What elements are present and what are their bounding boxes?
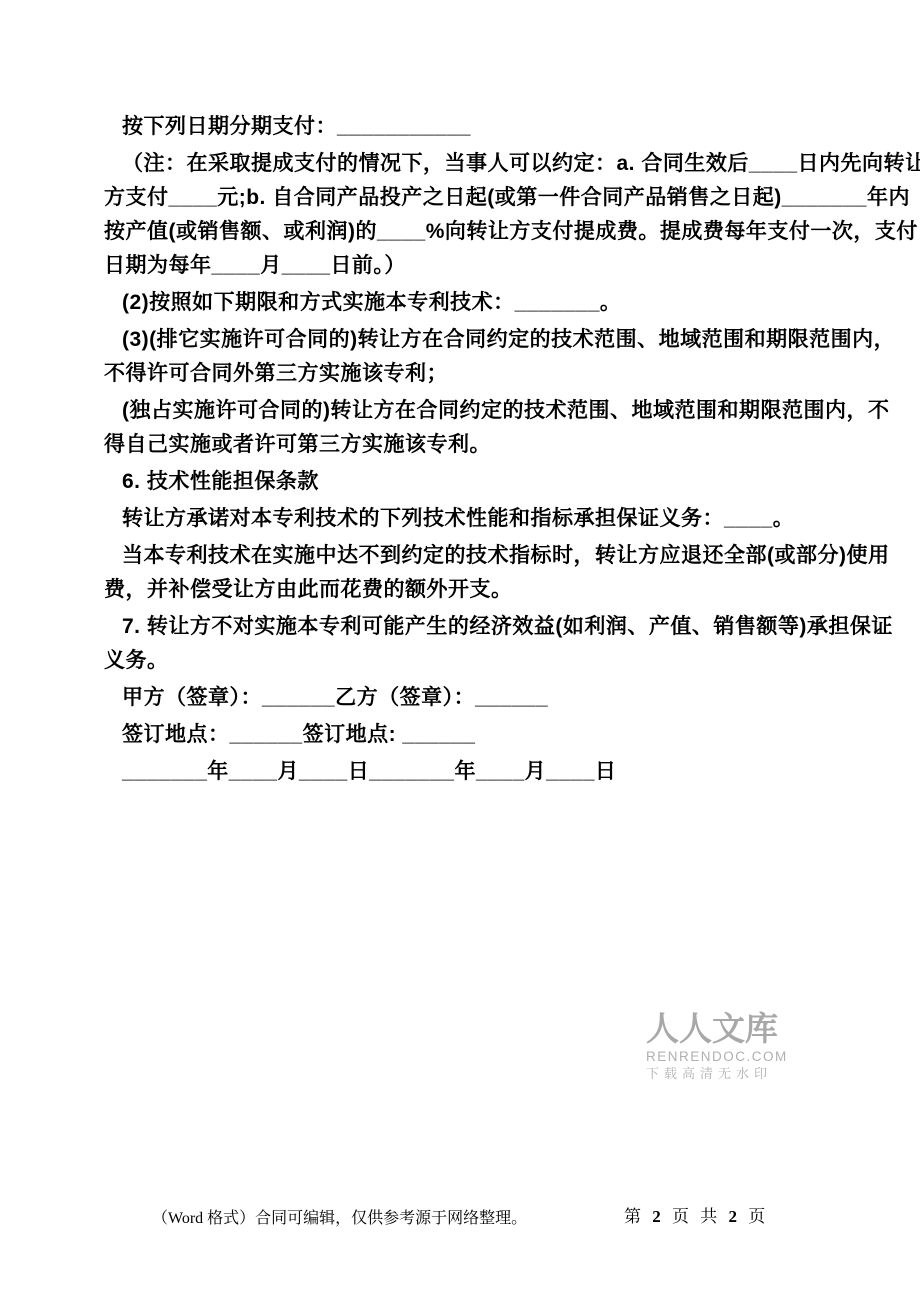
page-indicator-total: 2 <box>729 1207 738 1226</box>
contract-line: （注：在采取提成支付的情况下，当事人可以约定：a. 合同生效后____日内先向转… <box>104 147 844 181</box>
paragraph-royalty-note: （注：在采取提成支付的情况下，当事人可以约定：a. 合同生效后____日内先向转… <box>104 147 844 283</box>
page-indicator-total-word: 共 <box>700 1207 717 1226</box>
paragraph-clause-7: 7. 转让方不对实施本专利可能产生的经济效益(如利润、产值、销售额等)承担保证 … <box>104 610 844 678</box>
contract-line: 日期为每年____月____日前。） <box>104 249 844 283</box>
document-page: 按下列日期分期支付：___________ （注：在采取提成支付的情况下，当事人… <box>0 0 920 1302</box>
footer-page-indicator: 第 2 页 共 2 页 <box>624 1202 765 1227</box>
paragraph-signing-place: 签订地点：______签订地点: ______ <box>104 718 844 752</box>
contract-line: (独占实施许可合同的)转让方在合同约定的技术范围、地域范围和期限范围内，不 <box>104 394 844 428</box>
contract-line: 义务。 <box>104 644 844 678</box>
watermark-domain-text: RENRENDOC.COM <box>646 1049 846 1064</box>
contract-line: 方支付____元;b. 自合同产品投产之日起(或第一件合同产品销售之日起)___… <box>104 181 844 215</box>
paragraph-payment-schedule: 按下列日期分期支付：___________ <box>104 110 844 144</box>
page-indicator-current: 2 <box>652 1207 661 1226</box>
paragraph-clause-2: (2)按照如下期限和方式实施本专利技术：_______。 <box>104 286 844 320</box>
contract-line: 7. 转让方不对实施本专利可能产生的经济效益(如利润、产值、销售额等)承担保证 <box>104 610 844 644</box>
paragraph-clause-3: (3)(排它实施许可合同的)转让方在合同约定的技术范围、地域范围和期限范围内， … <box>104 323 844 391</box>
paragraph-refund: 当本专利技术在实施中达不到约定的技术指标时，转让方应退还全部(或部分)使用 费，… <box>104 539 844 607</box>
page-indicator-prefix: 第 <box>624 1207 641 1226</box>
contract-line: 当本专利技术在实施中达不到约定的技术指标时，转让方应退还全部(或部分)使用 <box>104 539 844 573</box>
contract-line: 得自己实施或者许可第三方实施该专利。 <box>104 428 844 462</box>
contract-line: (2)按照如下期限和方式实施本专利技术：_______。 <box>104 286 844 320</box>
signing-date-line: _______年____月____日_______年____月____日 <box>104 755 844 789</box>
contract-line: 6. 技术性能担保条款 <box>104 465 844 499</box>
signature-line: 甲方（签章）：______乙方（签章）：______ <box>104 681 844 715</box>
signing-place-line: 签订地点：______签订地点: ______ <box>104 718 844 752</box>
contract-line: (3)(排它实施许可合同的)转让方在合同约定的技术范围、地域范围和期限范围内， <box>104 323 844 357</box>
contract-line: 按下列日期分期支付：___________ <box>104 110 844 144</box>
paragraph-guarantee: 转让方承诺对本专利技术的下列技术性能和指标承担保证义务：____。 <box>104 502 844 536</box>
contract-line: 不得许可合同外第三方实施该专利； <box>104 357 844 391</box>
paragraph-signing-date: _______年____月____日_______年____月____日 <box>104 755 844 789</box>
watermark: 人人文库 RENRENDOC.COM 下载高清无水印 <box>646 1012 846 1081</box>
watermark-brand-text: 人人文库 <box>646 1012 846 1048</box>
contract-line: 按产值(或销售额、或利润)的____%向转让方支付提成费。提成费每年支付一次，支… <box>104 215 844 249</box>
paragraph-exclusive-license: (独占实施许可合同的)转让方在合同约定的技术范围、地域范围和期限范围内，不 得自… <box>104 394 844 462</box>
paragraph-signatures: 甲方（签章）：______乙方（签章）：______ <box>104 681 844 715</box>
contract-line: 转让方承诺对本专利技术的下列技术性能和指标承担保证义务：____。 <box>104 502 844 536</box>
paragraph-clause-6-title: 6. 技术性能担保条款 <box>104 465 844 499</box>
contract-line: 费，并补偿受让方由此而花费的额外开支。 <box>104 573 844 607</box>
page-indicator-suffix: 页 <box>748 1207 765 1226</box>
footer-note: （Word 格式）合同可编辑，仅供参考源于网络整理。 <box>152 1205 527 1228</box>
contract-body: 按下列日期分期支付：___________ （注：在采取提成支付的情况下，当事人… <box>104 110 844 792</box>
page-indicator-page-word: 页 <box>672 1207 689 1226</box>
watermark-tagline-text: 下载高清无水印 <box>646 1066 846 1081</box>
